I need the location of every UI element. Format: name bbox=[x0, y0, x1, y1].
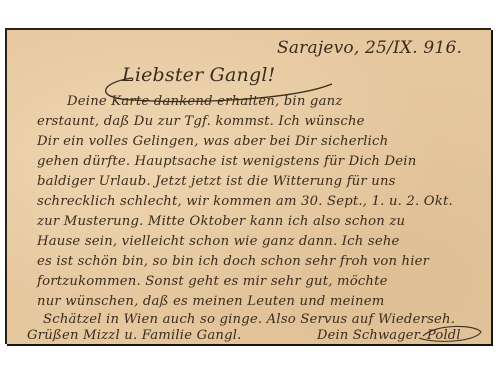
text-line-1: Deine Karte dankend erhalten, bin ganz bbox=[67, 94, 342, 109]
text-line-10: fortzukommen. Sonst geht es mir sehr gut… bbox=[37, 274, 388, 289]
text-line-4: gehen dürfte. Hauptsache ist wenigstens … bbox=[37, 154, 416, 169]
text-line-6: schrecklich schlecht, wir kommen am 30. … bbox=[37, 194, 453, 209]
closing: Dein Schwager bbox=[317, 328, 420, 343]
text-line-9: es ist schön bin, so bin ich doch schon … bbox=[37, 254, 429, 269]
text-line-5: baldiger Urlaub. Jetzt jetzt ist die Wit… bbox=[37, 174, 396, 189]
text-line-3: Dir ein volles Gelingen, was aber bei Di… bbox=[37, 134, 388, 149]
dateline: Sarajevo, 25/IX. 916. bbox=[277, 38, 462, 58]
text-line-8: Hause sein, vielleicht schon wie ganz da… bbox=[37, 234, 400, 249]
text-line-7: zur Musterung. Mitte Oktober kann ich al… bbox=[37, 214, 405, 229]
postcard: Sarajevo, 25/IX. 916. Liebster Gangl! De… bbox=[5, 28, 491, 344]
text-line-11: nur wünschen, daß es meinen Leuten und m… bbox=[37, 294, 384, 309]
text-line-2: erstaunt, daß Du zur Tgf. kommst. Ich wü… bbox=[37, 114, 365, 129]
text-line-13: Grüßen Mizzl u. Familie Gangl. bbox=[27, 328, 242, 343]
text-line-12: Schätzel in Wien auch so ginge. Also Ser… bbox=[43, 312, 455, 327]
signature: Poldl bbox=[427, 328, 461, 343]
greeting: Liebster Gangl! bbox=[122, 64, 275, 86]
